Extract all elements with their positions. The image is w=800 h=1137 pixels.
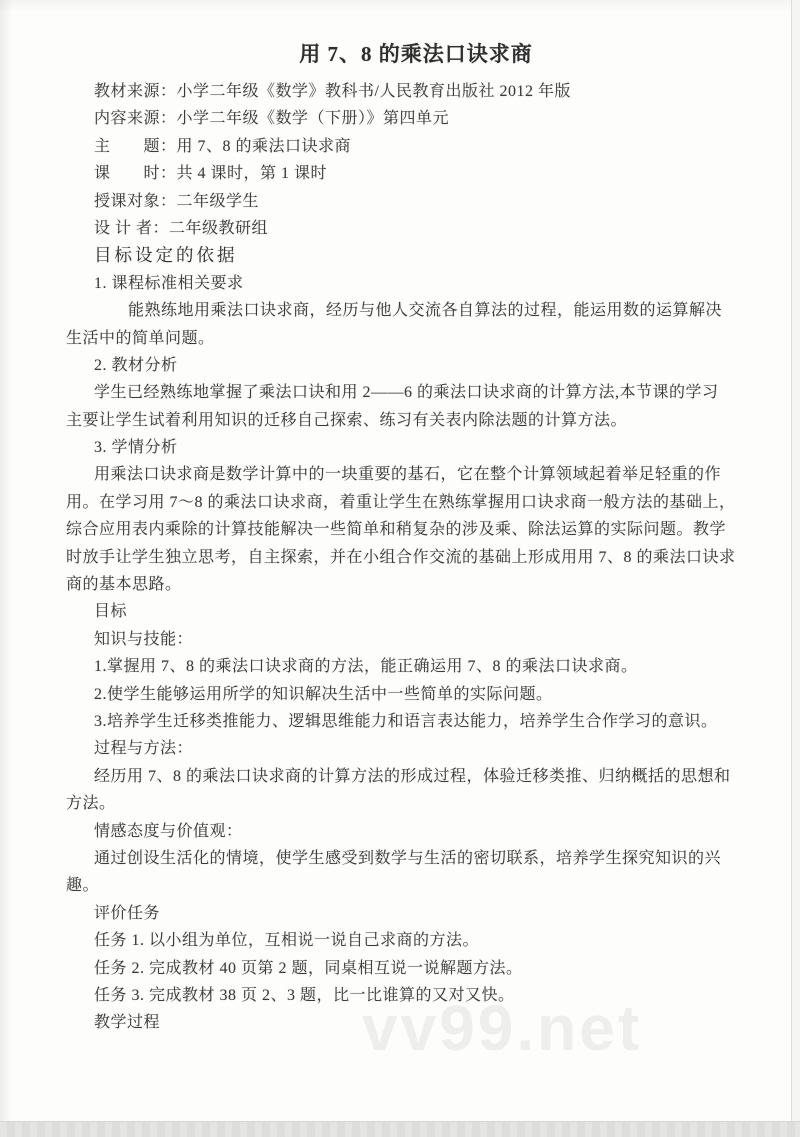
text-line: 2.使学生能够运用所学的知识解决生活中一些简单的实际问题。 [66,681,734,708]
text-line: 评价任务 [66,900,734,927]
text-line: 综合应用表内乘除的计算技能解决一些简单和稍复杂的涉及乘、除法运算的实际问题。教学 [66,516,734,543]
text-line: 任务 1. 以小组为单位，互相说一说自己求商的方法。 [66,927,734,954]
text-line: 用乘法口诀求商是数学计算中的一块重要的基石，它在整个计算领域起着举足轻重的作 [66,461,734,488]
text-line: 能熟练地用乘法口诀求商，经历与他人交流各自算法的过程，能运用数的运算解决 [66,297,734,324]
text-line: 1.掌握用 7、8 的乘法口诀求商的方法，能正确运用 7、8 的乘法口诀求商。 [66,653,734,680]
section-heading: 目标设定的依据 [66,242,734,269]
page-edge-right [791,0,800,1121]
page-bottom-gutter [0,1121,800,1137]
text-line: 任务 3. 完成教材 38 页 2、3 题，比一比谁算的又对又快。 [66,982,734,1009]
text-line: 授课对象：二年级学生 [66,188,734,215]
text-line: 主 题：用 7、8 的乘法口诀求商 [66,133,734,160]
text-line: 过程与方法： [66,735,734,762]
text-line: 时放手让学生独立思考，自主探索，并在小组合作交流的基础上形成用用 7、8 的乘法… [66,544,734,571]
text-line: 情感态度与价值观： [66,818,734,845]
text-line: 课 时：共 4 课时，第 1 课时 [66,160,734,187]
text-line: 3. 学情分析 [66,434,734,461]
text-line: 设 计 者：二年级教研组 [66,215,734,242]
text-line: 内容来源：小学二年级《数学（下册）》第四单元 [66,105,734,132]
text-line: 通过创设生活化的情境，使学生感受到数学与生活的密切联系，培养学生探究知识的兴 [66,845,734,872]
text-line: 目标 [66,598,734,625]
text-line: 教材来源：小学二年级《数学》教科书/人民教育出版社 2012 年版 [66,78,734,105]
text-line: 2. 教材分析 [66,352,734,379]
text-line: 教学过程 [66,1009,734,1036]
text-line: 用。在学习用 7～8 的乘法口诀求商，着重让学生在熟练掌握用口诀求商一般方法的基… [66,489,734,516]
text-line: 学生已经熟练地掌握了乘法口诀和用 2——6 的乘法口诀求商的计算方法,本节课的学… [66,379,734,406]
page-edge-shadow-left [0,0,12,1137]
text-line: 趣。 [66,872,734,899]
document-title: 用 7、8 的乘法口诀求商 [32,38,800,68]
text-line: 1. 课程标准相关要求 [66,270,734,297]
text-line: 方法。 [66,790,734,817]
text-line: 商的基本思路。 [66,571,734,598]
text-line: 经历用 7、8 的乘法口诀求商的计算方法的形成过程，体验迁移类推、归纳概括的思想… [66,763,734,790]
text-line: 3.培养学生迁移类推能力、逻辑思维能力和语言表达能力，培养学生合作学习的意识。 [66,708,734,735]
text-line: 知识与技能： [66,626,734,653]
text-line: 生活中的简单问题。 [66,325,734,352]
document-body: 教材来源：小学二年级《数学》教科书/人民教育出版社 2012 年版内容来源：小学… [66,78,734,1037]
text-line: 任务 2. 完成教材 40 页第 2 题，同桌相互说一说解题方法。 [66,955,734,982]
page-edge-shadow-top [0,0,800,12]
document-page: vv99.net 用 7、8 的乘法口诀求商 教材来源：小学二年级《数学》教科书… [0,0,800,1137]
text-line: 主要让学生试着利用知识的迁移自己探索、练习有关表内除法题的计算方法。 [66,407,734,434]
